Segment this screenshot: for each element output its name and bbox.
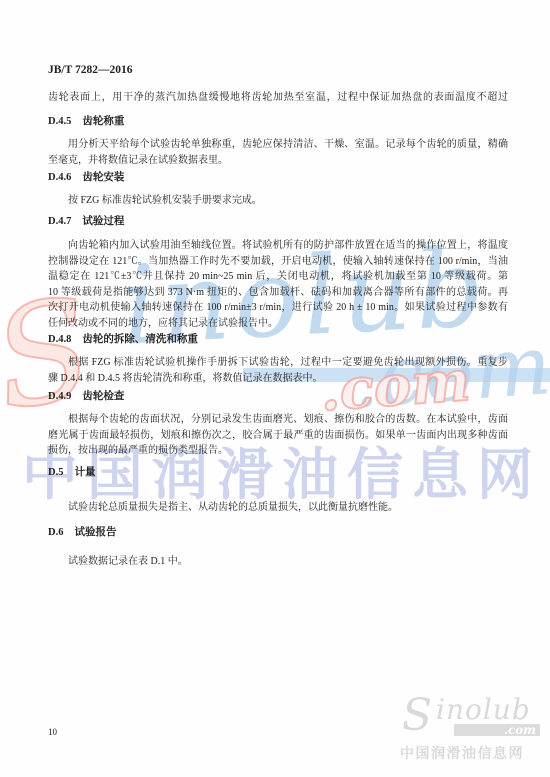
paragraph-line: 齿轮表面上，用干净的蒸汽加热盘缓慢地将齿轮加热至室温，过程中保证加热盘的表面温度…	[48, 90, 508, 106]
section-title: 试验过程	[82, 216, 124, 227]
section-number: D.4.7	[48, 216, 71, 227]
section-heading-d49: D.4.9齿轮检查	[48, 390, 508, 404]
section-heading-d5: D.5计量	[48, 466, 508, 480]
section-number: D.6	[48, 527, 63, 538]
paragraph-line: 磨光属于齿面最轻损伤，划痕和擦伤次之，胶合属于最严重的齿面损伤。如果单一齿面内出…	[48, 428, 508, 444]
section-heading-d46: D.4.6齿轮安装	[48, 171, 508, 185]
section-title: 齿轮的拆除、清洗和称重	[82, 334, 198, 345]
section-title: 齿轮称重	[82, 116, 124, 127]
paragraph-line: 用分析天平给每个试验齿轮单独称重，齿轮应保持清洁、干燥、室温。记录每个齿轮的质量…	[48, 137, 508, 153]
section-paragraph-d46: 按 FZG 标准齿轮试验机安装手册要求完成。	[48, 193, 508, 209]
section-heading-d47: D.4.7试验过程	[48, 215, 508, 229]
paragraph-line: 10 等级载荷是指能够达到 373 N·m 扭矩的、包含加载杆、砝码和加载离合器…	[48, 285, 508, 301]
section-number: D.4.9	[48, 391, 71, 402]
section-heading-d45: D.4.5齿轮称重	[48, 115, 508, 129]
section-paragraph-d5: 试验齿轮总质量损失是指主、从动齿轮的总质量损失，以此衡量抗磨性能。	[48, 500, 508, 516]
paragraph-line: 次打开电动机使输入轴转速保持在 100 r/min±3 r/min，进行试验 2…	[48, 300, 508, 316]
document-page: S inolub .com .com 中国润滑油信息网 S inolub .co…	[0, 0, 550, 777]
paragraph-line: 控制器设定在 121℃。当加热器工作时先不要加载，开启电动机，使输入轴转速保持在…	[48, 254, 508, 270]
paragraph-line: 任何改动或不同的地方，应将其记录在试验报告中。	[48, 316, 508, 332]
section-paragraph-d45: 用分析天平给每个试验齿轮单独称重，齿轮应保持清洁、干燥、室温。记录每个齿轮的质量…	[48, 137, 508, 168]
paragraph-line: 试验数据记录在表 D.1 中。	[48, 554, 508, 570]
section-number: D.5	[48, 467, 63, 478]
section-number: D.4.5	[48, 116, 71, 127]
standard-number-header: JB/T 7282—2016	[48, 64, 508, 76]
section-heading-d6: D.6试验报告	[48, 526, 508, 540]
paragraph-line: 至毫克，并将数值记录在试验数据表里。	[48, 153, 508, 169]
paragraph-line: 按 FZG 标准齿轮试验机安装手册要求完成。	[48, 193, 508, 209]
paragraph-line: 根据 FZG 标准齿轮试验机操作手册拆下试验齿轮，过程中一定要避免齿轮出现额外损…	[48, 355, 508, 371]
section-title: 齿轮安装	[82, 172, 124, 183]
section-heading-d48: D.4.8齿轮的拆除、清洗和称重	[48, 333, 508, 347]
intro-paragraph: 齿轮表面上，用干净的蒸汽加热盘缓慢地将齿轮加热至室温，过程中保证加热盘的表面温度…	[48, 90, 508, 106]
section-paragraph-d49: 根据每个齿轮的齿面状况，分别记录发生齿面磨光、划痕、擦伤和胶合的齿数。在本试验中…	[48, 412, 508, 459]
section-title: 齿轮检查	[82, 391, 124, 402]
paragraph-line: 向齿轮箱内加入试验用油至轴线位置。将试验机所有的防护部件放置在适当的操作位置上，…	[48, 238, 508, 254]
section-number: D.4.8	[48, 334, 71, 345]
page-number: 10	[48, 727, 508, 737]
section-title: 计量	[74, 467, 95, 478]
section-paragraph-d47: 向齿轮箱内加入试验用油至轴线位置。将试验机所有的防护部件放置在适当的操作位置上，…	[48, 238, 508, 331]
section-paragraph-d6: 试验数据记录在表 D.1 中。	[48, 554, 508, 570]
paragraph-line: 试验齿轮总质量损失是指主、从动齿轮的总质量损失，以此衡量抗磨性能。	[48, 500, 508, 516]
paragraph-line: 骤 D.4.4 和 D.4.5 将齿轮清洗和称重，将数值记录在数据表中。	[48, 371, 508, 387]
paragraph-line: 温稳定在 121℃±3℃并且保持 20 min~25 min 后，关闭电动机，将…	[48, 269, 508, 285]
section-number: D.4.6	[48, 172, 71, 183]
paragraph-line: 根据每个齿轮的齿面状况，分别记录发生齿面磨光、划痕、擦伤和胶合的齿数。在本试验中…	[48, 412, 508, 428]
footer-logo-cjk: 中国润滑油信息网	[400, 743, 550, 763]
section-title: 试验报告	[74, 527, 116, 538]
footer-logo-script: inolub	[436, 696, 531, 724]
paragraph-line: 损伤，按出现的最严重的损伤类型报告。	[48, 443, 508, 459]
section-paragraph-d48: 根据 FZG 标准齿轮试验机操作手册拆下试验齿轮，过程中一定要避免齿轮出现额外损…	[48, 355, 508, 386]
